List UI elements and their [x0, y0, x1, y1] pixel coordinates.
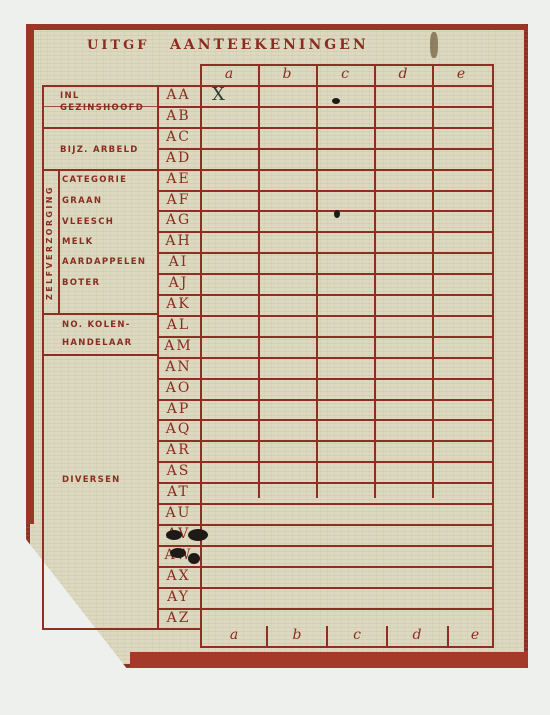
grid-line	[157, 566, 494, 568]
row-code: AI	[157, 254, 200, 270]
grid-line	[157, 190, 494, 192]
label-boter: BOTER	[62, 278, 100, 288]
grid-line	[42, 85, 492, 87]
grid-line	[316, 64, 318, 498]
ink-stain	[332, 98, 340, 104]
grid-line	[157, 127, 494, 129]
row-code: AH	[157, 233, 200, 249]
column-header-d: d	[374, 66, 432, 82]
grid-line	[157, 294, 494, 296]
row-code: AC	[157, 129, 200, 145]
grid-line	[157, 378, 494, 380]
label-categorie: CATEGORIE	[62, 175, 127, 185]
label-vleesch: VLEESCH	[62, 217, 114, 227]
grid-line	[157, 545, 494, 547]
grid-line	[157, 231, 494, 233]
row-code: AK	[157, 296, 200, 312]
column-header-c: c	[316, 66, 374, 82]
grid-line	[157, 252, 494, 254]
row-code: AF	[157, 192, 200, 208]
grid-line	[42, 85, 44, 628]
card-left-edge	[26, 24, 34, 524]
grid-line	[157, 419, 494, 421]
grid-line	[200, 646, 494, 648]
column-header-b: b	[258, 66, 316, 82]
grid-line	[258, 64, 260, 498]
row-code: AO	[157, 380, 200, 396]
row-code: AZ	[157, 610, 200, 626]
grid-line	[157, 106, 494, 108]
row-code: AQ	[157, 421, 200, 437]
section-divider	[42, 354, 157, 356]
row-code: AA	[157, 87, 200, 103]
row-code: AU	[157, 505, 200, 521]
grid-line	[200, 64, 202, 648]
header-uitgf: UITGF	[87, 38, 149, 53]
grid-line	[157, 357, 494, 359]
card-top-edge	[26, 24, 528, 30]
footer-column-d: d	[388, 627, 446, 643]
grid-line	[157, 148, 494, 150]
card-bottom-edge	[130, 652, 528, 668]
header-title: AANTEEKENINGEN	[170, 37, 369, 53]
grid-line	[157, 210, 494, 212]
row-code: AE	[157, 171, 200, 187]
ink-stain	[188, 529, 208, 541]
row-code: AP	[157, 401, 200, 417]
label-gezinshoofd: GEZINSHOOFD	[60, 103, 144, 113]
label-bijz-arbeld: BIJZ. ARBELD	[60, 145, 139, 155]
grid-line	[157, 524, 494, 526]
grid-line	[432, 64, 434, 498]
grid-line	[157, 315, 494, 317]
row-code: AX	[157, 568, 200, 584]
footer-column-b: b	[268, 627, 326, 643]
grid-line	[42, 628, 202, 630]
ink-stain	[170, 548, 186, 558]
row-code: AM	[157, 338, 200, 354]
section-divider	[42, 313, 157, 315]
row-code: AN	[157, 359, 200, 375]
ink-stain	[166, 530, 182, 540]
row-code: AY	[157, 589, 200, 605]
row-code: AB	[157, 108, 200, 124]
ink-stain	[188, 553, 200, 564]
label-melk: MELK	[62, 237, 93, 247]
grid-line	[157, 440, 494, 442]
column-header-a: a	[200, 66, 258, 82]
row-code: AL	[157, 317, 200, 333]
row-code: AS	[157, 463, 200, 479]
footer-column-e: e	[446, 627, 504, 643]
row-code: AT	[157, 484, 200, 500]
label-graan: GRAAN	[62, 196, 102, 206]
grid-line	[157, 399, 494, 401]
footer-column-a: a	[205, 627, 263, 643]
label-no-kolen: NO. KOLEN-	[62, 320, 131, 330]
column-header-e: e	[432, 66, 490, 82]
label-handelaar: HANDELAAR	[62, 338, 133, 348]
row-code: AR	[157, 442, 200, 458]
label-inl: INL	[60, 91, 80, 101]
grid-line	[157, 273, 494, 275]
grid-line	[157, 608, 494, 610]
grid-line	[157, 482, 494, 484]
row-code: AG	[157, 212, 200, 228]
grid-line	[374, 64, 376, 498]
ink-stain	[334, 210, 340, 218]
label-diversen: DIVERSEN	[62, 475, 121, 485]
row-code: AD	[157, 150, 200, 166]
label-aardappelen: AARDAPPELEN	[62, 257, 146, 267]
label-zelfverzorging: ZELFVERZORGING	[45, 176, 59, 310]
grid-line	[157, 503, 494, 505]
grid-line	[157, 587, 494, 589]
footer-column-c: c	[328, 627, 386, 643]
section-divider	[42, 127, 157, 129]
handwritten-x-mark: X	[212, 84, 225, 105]
stain	[430, 32, 438, 58]
row-code: AJ	[157, 275, 200, 291]
grid-line	[157, 336, 494, 338]
grid-line	[157, 461, 494, 463]
grid-line	[157, 169, 494, 171]
grid-line	[492, 64, 494, 648]
